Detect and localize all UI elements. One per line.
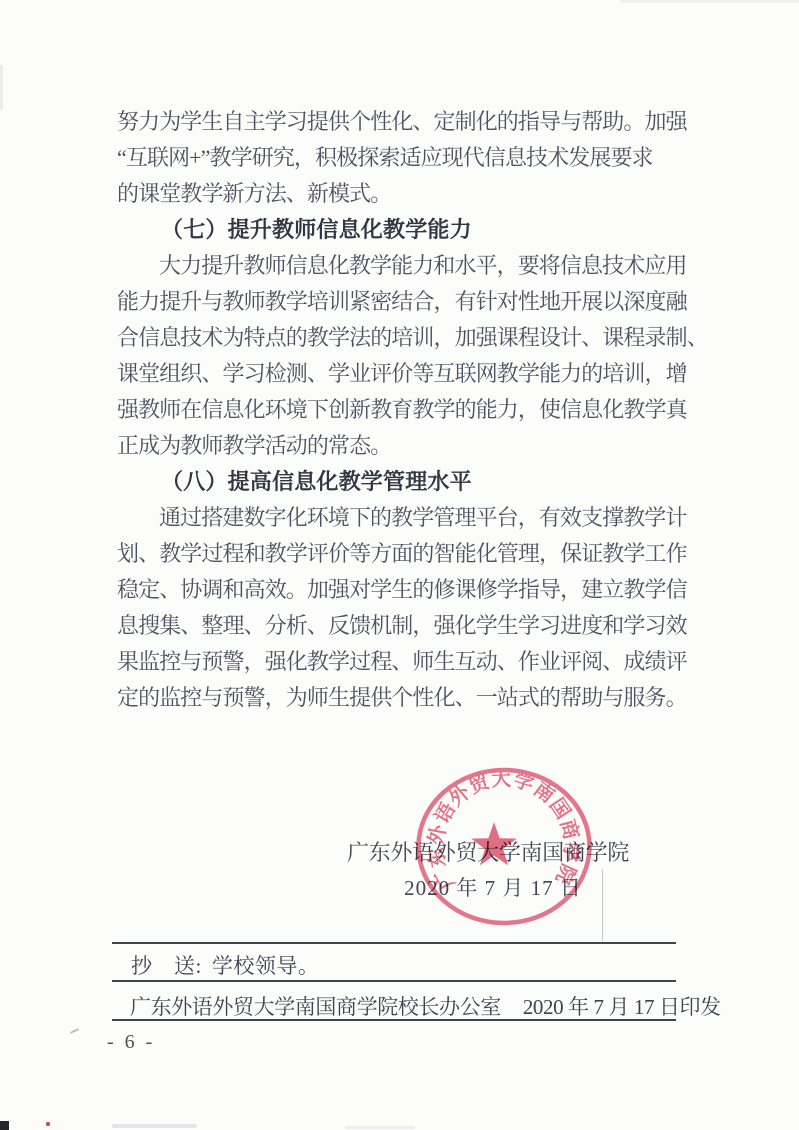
body-line: “互联网+”教学研究，积极探索适应现代信息技术发展要求 [117,140,717,176]
scan-edge-shadow [0,65,3,110]
footer-divider-top [112,942,676,944]
body-line: 能力提升与教师教学培训紧密结合，有针对性地开展以深度融 [117,284,717,320]
scan-smudge [112,1124,197,1128]
body-line: 果监控与预警，强化教学过程、师生互动、作业评阅、成绩评 [117,644,717,680]
footer-divider-middle [112,980,676,982]
body-line: 大力提升教师信息化教学能力和水平，要将信息技术应用 [117,248,717,284]
cc-label: 抄 送: [131,954,202,978]
scan-corner-mark [0,1121,9,1130]
scan-red-speck [46,1122,50,1126]
scan-fold-line [602,869,603,941]
page-number: - 6 - [107,1031,155,1054]
document-body: 努力为学生自主学习提供个性化、定制化的指导与帮助。加强 “互联网+”教学研究，积… [117,104,717,716]
body-line: 通过搭建数字化环境下的教学管理平台，有效支撑教学计 [117,500,717,536]
body-line: 息搜集、整理、分析、反馈机制，强化学生学习进度和学习效 [117,608,717,644]
imprint-line: 广东外语外贸大学南国商学院校长办公室2020 年 7 月 17 日印发 [130,991,721,1021]
body-line: 努力为学生自主学习提供个性化、定制化的指导与帮助。加强 [117,104,717,140]
section-heading-8: （八）提高信息化教学管理水平 [117,464,717,500]
body-line: 划、教学过程和教学评价等方面的智能化管理，保证教学工作 [117,536,717,572]
body-line: 的课堂教学新方法、新模式。 [117,176,717,212]
body-line: 课堂组织、学习检测、学业评价等互联网教学能力的培训，增 [117,356,717,392]
cc-line: 抄 送:学校领导。 [131,950,319,980]
body-line: 强教师在信息化环境下创新教育教学的能力，使信息化教学真 [117,392,717,428]
section-heading-7: （七）提升教师信息化教学能力 [117,212,717,248]
cc-value: 学校领导。 [212,954,320,978]
signature-organization: 广东外语外贸大学南国商学院 [347,836,629,867]
body-line: 合信息技术为特点的教学法的培训，加强课程设计、课程录制、 [117,320,717,356]
body-line: 定的监控与预警，为师生提供个性化、一站式的帮助与服务。 [117,680,717,716]
scan-tick-mark [70,1028,79,1034]
imprint-organization: 广东外语外贸大学南国商学院校长办公室 [130,995,501,1019]
imprint-date: 2020 年 7 月 17 日印发 [523,995,721,1019]
body-line: 稳定、协调和高效。加强对学生的修课修学指导，建立教学信 [117,572,717,608]
scan-smudge [345,1126,415,1129]
body-line: 正成为教师教学活动的常态。 [117,428,717,464]
signature-date: 2020 年 7 月 17 日 [404,872,582,902]
scanned-document-page: 努力为学生自主学习提供个性化、定制化的指导与帮助。加强 “互联网+”教学研究，积… [0,0,799,1130]
scan-smudge [620,0,799,3]
